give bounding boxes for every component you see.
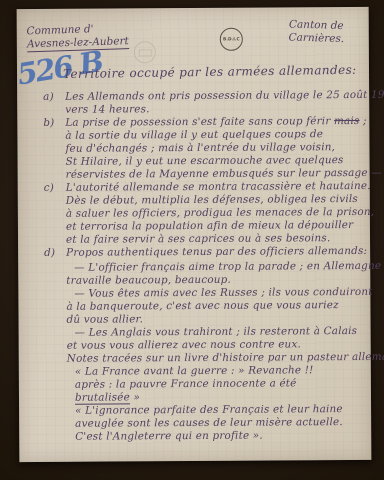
line-text: feu d'échangés ; mais à l'entrée du vill… <box>65 141 335 155</box>
line-text: « L'ignorance parfaite des Français et l… <box>75 403 343 417</box>
page-title: Territoire occupé par les armées alleman… <box>63 63 363 81</box>
faint-archive-stamp <box>134 41 156 63</box>
canton-name: Carnières. <box>289 31 345 45</box>
line-text: » <box>130 391 140 403</box>
line-text: L'autorité allemande se montra tracassiè… <box>66 180 371 194</box>
line-label: d) <box>44 247 55 260</box>
line-text: réservistes de la Mayenne embusqués sur … <box>66 167 382 181</box>
line-text: travaille beaucoup, beaucoup. <box>66 274 231 287</box>
line-text: Propos authentiques tenus par des offici… <box>66 245 367 259</box>
line-text: et terrorisa la population afin de mieux… <box>66 219 353 233</box>
line-label: b) <box>43 117 54 130</box>
line-text: aveuglée sont les causes de leur misère … <box>75 416 343 430</box>
line-text: à la banqueroute, c'est avec nous que vo… <box>66 299 338 313</box>
canton-heading: Canton de Carnières. <box>289 18 345 46</box>
line-text: vers 14 heures. <box>65 103 150 116</box>
line-text: Dès le début, multiplia les défenses, ob… <box>66 193 358 207</box>
line-text: Les Allemands ont pris possession du vil… <box>65 89 384 103</box>
line-text: dû vous allier. <box>66 313 143 325</box>
manuscript-page: Commune d' Avesnes-lez-Aubert B.D.I.C Ca… <box>17 7 372 462</box>
manuscript-body: a)Les Allemands ont pris possession du v… <box>29 89 367 444</box>
line-text: ; <box>359 115 366 127</box>
line-text: brutalisée <box>75 391 130 404</box>
line-text: — L'officier français aime trop la parad… <box>74 260 384 274</box>
line-text: et la faire servir à ses caprices ou à s… <box>66 232 330 246</box>
canton-prefix: Canton de <box>289 18 344 32</box>
line-text: St Hilaire, il y eut une escarmouche ave… <box>66 154 344 168</box>
commune-prefix: Commune d' <box>26 23 93 37</box>
line-text: et vous vous allierez avec nous contre e… <box>67 338 301 351</box>
line-label: a) <box>43 91 54 104</box>
line-text: — Les Anglais vous trahiront ; ils reste… <box>75 325 358 339</box>
line-text: Notes tracées sur un livre d'histoire pa… <box>67 351 384 365</box>
line-text: La prise de possession s'est faite sans … <box>65 115 334 129</box>
line-text: à la sortie du village il y eut quelques… <box>65 128 323 142</box>
manuscript-line: C'est l'Angleterre qui en profite ». <box>31 429 367 444</box>
line-text: — Vous êtes amis avec les Russes ; ils v… <box>74 286 372 300</box>
line-text: « La France avant la guerre : » Revanche… <box>75 364 314 377</box>
scan-photo: { "colors": { "background": "#241a11", "… <box>0 0 384 480</box>
line-text: mais <box>334 115 360 127</box>
line-text: après : la pauvre France innocente a été <box>75 377 297 390</box>
bdic-stamp: B.D.I.C <box>220 28 243 51</box>
bdic-stamp-label: B.D.I.C <box>223 37 240 42</box>
line-text: C'est l'Angleterre qui en profite ». <box>75 430 263 443</box>
line-label: c) <box>44 182 54 195</box>
line-text: à saluer les officiers, prodigua les men… <box>66 206 374 220</box>
